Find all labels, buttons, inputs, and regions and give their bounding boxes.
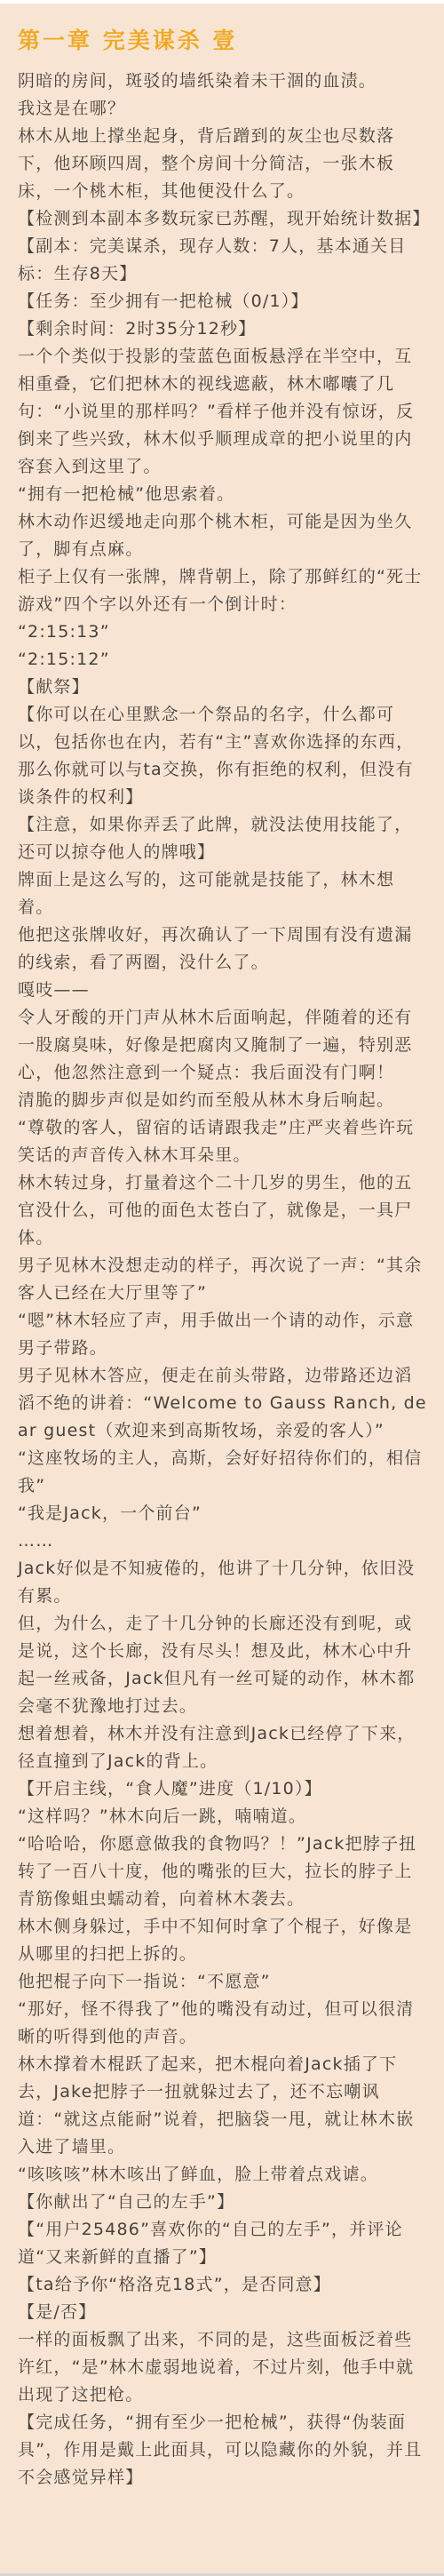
- chapter-title: 第一章 完美谋杀 壹: [18, 27, 428, 55]
- paragraph: ……: [18, 1527, 428, 1555]
- paragraph: “拥有一把枪械”他思索着。: [18, 481, 428, 508]
- paragraph: 【检测到本副本多数玩家已苏醒，现开始统计数据】: [18, 205, 428, 233]
- paragraph: 男子见林木没想走动的样子，再次说了一声：“其余客人已经在大厅里等了”: [18, 1252, 428, 1307]
- paragraph: 【你可以在心里默念一个祭品的名字，什么都可以，包括你也在内，若有“主”喜欢你选择…: [18, 701, 428, 811]
- paragraph: “嗯”林木轻应了声，用手做出一个请的动作，示意男子带路。: [18, 1307, 428, 1362]
- paragraph: 他把这张牌收好，再次确认了一下周围有没有遗漏的线索，看了两圈，没什么了。: [18, 921, 428, 977]
- paragraph: Jack好似是不知疲倦的，他讲了十几分钟，依旧没有累。: [18, 1555, 428, 1610]
- paragraph: 想着想着，林木并没有注意到Jack已经停了下来，径直撞到了Jack的背上。: [18, 1720, 428, 1775]
- paragraph: 【副本：完美谋杀，现存人数：7人，基本通关目标：生存8天】: [18, 233, 428, 288]
- paragraph: 【“用户25486”喜欢你的“自己的左手”，并评论道“又来新鲜的直播了”】: [18, 2216, 428, 2271]
- paragraph: 林木动作迟缓地走向那个桃木柜，可能是因为坐久了，脚有点麻。: [18, 508, 428, 563]
- page-top-edge: [0, 0, 444, 4]
- paragraph: 我这是在哪？: [18, 95, 428, 123]
- paragraph: 林木转过身，打量着这个二十几岁的男生，他的五官没什么，可他的面色太苍白了，就像是…: [18, 1169, 428, 1252]
- paragraph: 【是/否】: [18, 2299, 428, 2326]
- paragraph: 嘎吱——: [18, 977, 428, 1004]
- paragraph: 林木侧身躲过，手中不知何时拿了个棍子，好像是从哪里的扫把上拆的。: [18, 1913, 428, 1968]
- paragraph: 一样的面板飘了出来，不同的是，这些面板泛着些许红，“是”林木虚弱地说着，不过片刻…: [18, 2326, 428, 2409]
- paragraph: “2:15:13”: [18, 618, 428, 646]
- paragraph: “尊敬的客人，留宿的话请跟我走”庄严夹着些许玩笑话的声音传入林木耳朵里。: [18, 1114, 428, 1169]
- paragraph: “这样吗？”林木向后一跳，喃喃道。: [18, 1803, 428, 1830]
- paragraph: 柜子上仅有一张牌，牌背朝上，除了那鲜红的“死士游戏”四个字以外还有一个倒计时：: [18, 563, 428, 618]
- paragraph: 【ta给予你“格洛克18式”，是否同意】: [18, 2271, 428, 2299]
- paragraph: “这座牧场的主人，高斯，会好好招待你们的，相信我”: [18, 1445, 428, 1500]
- paragraph: 【开启主线，“食人魔”进度（1/10）】: [18, 1775, 428, 1803]
- paragraph: 牌面上是这么写的，这可能就是技能了，林木想着。: [18, 866, 428, 921]
- paragraph: 令人牙酸的开门声从林木后面响起，伴随着的还有一股腐臭味，好像是把腐肉又腌制了一遍…: [18, 1004, 428, 1087]
- paragraph: 【完成任务，“拥有至少一把枪械”，获得“伪装面具”，作用是戴上此面具，可以隐藏你…: [18, 2409, 428, 2492]
- chapter-content: 第一章 完美谋杀 壹 阴暗的房间，斑驳的墙纸染着未干涸的血渍。我这是在哪？林木从…: [0, 0, 444, 2492]
- paragraph: 阴暗的房间，斑驳的墙纸染着未干涸的血渍。: [18, 68, 428, 95]
- novel-reader-page: 第一章 完美谋杀 壹 阴暗的房间，斑驳的墙纸染着未干涸的血渍。我这是在哪？林木从…: [0, 0, 444, 2576]
- paragraph: 一个个类似于投影的莹蓝色面板悬浮在半空中，互相重叠，它们把林木的视线遮蔽，林木嘟…: [18, 343, 428, 481]
- paragraph: 【你献出了“自己的左手”】: [18, 2189, 428, 2216]
- paragraph: “我是Jack，一个前台”: [18, 1500, 428, 1527]
- paragraph: 【任务：至少拥有一把枪械（0/1）】: [18, 288, 428, 315]
- paragraph: 【献祭】: [18, 674, 428, 701]
- paragraph: 但，为什么，走了十几分钟的长廊还没有到呢，或是说，这个长廊，没有尽头！想及此，林…: [18, 1610, 428, 1720]
- paragraph: 男子见林木答应，便走在前头带路，边带路还边滔滔不绝的讲着：“Welcome to…: [18, 1362, 428, 1445]
- paragraph: “哈哈哈，你愿意做我的食物吗？！”Jack把脖子扭转了一百八十度，他的嘴张的巨大…: [18, 1830, 428, 1913]
- paragraph: 他把棍子向下一指说：“不愿意”: [18, 1968, 428, 1996]
- chapter-body: 阴暗的房间，斑驳的墙纸染着未干涸的血渍。我这是在哪？林木从地上撑坐起身，背后蹭到…: [18, 68, 428, 2492]
- paragraph: 【剩余时间：2时35分12秒】: [18, 315, 428, 343]
- paragraph: “那好，怪不得我了”他的嘴没有动过，但可以很清晰的听得到他的声音。: [18, 1996, 428, 2051]
- paragraph: 林木撑着木棍跃了起来，把木棍向着Jack插了下去，Jake把脖子一扭就躲过去了，…: [18, 2051, 428, 2161]
- paragraph: “咳咳咳”林木咳出了鲜血，脸上带着点戏谑。: [18, 2161, 428, 2189]
- paragraph: 清脆的脚步声似是如约而至般从林木身后响起。: [18, 1087, 428, 1114]
- paragraph: “2:15:12”: [18, 646, 428, 674]
- paragraph: 林木从地上撑坐起身，背后蹭到的灰尘也尽数落下，他环顾四周，整个房间十分简洁，一张…: [18, 123, 428, 205]
- paragraph: 【注意，如果你弄丢了此牌，就没法使用技能了，还可以掠夺他人的牌哦】: [18, 811, 428, 866]
